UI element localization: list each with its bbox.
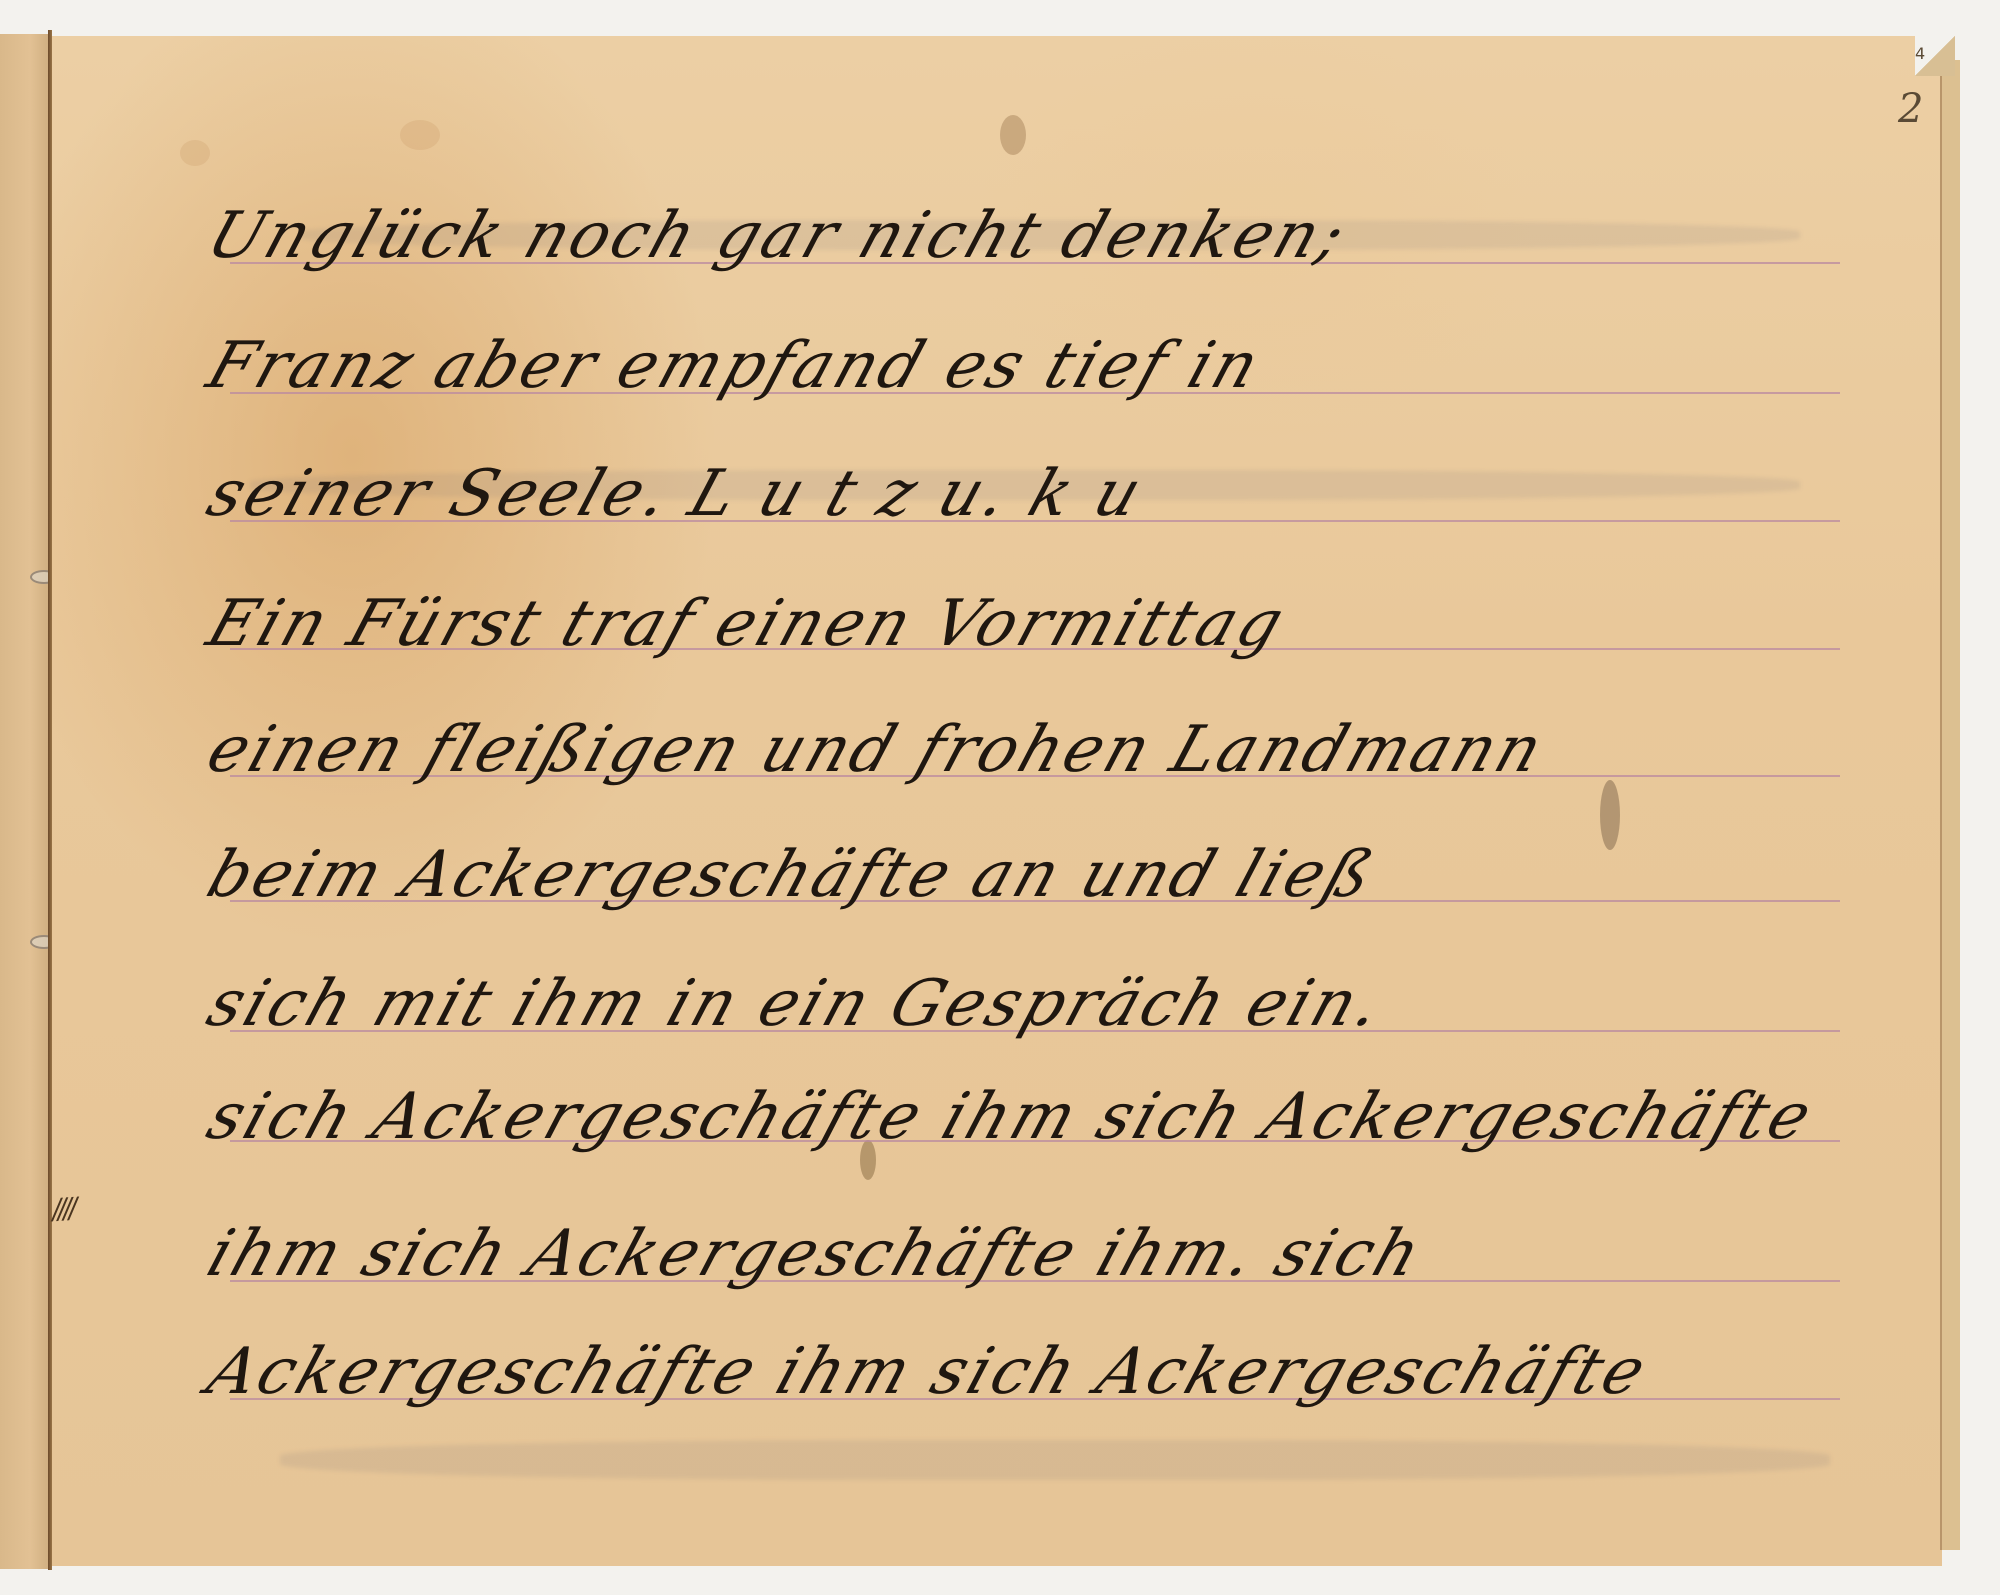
- handwritten-line-9: ihm sich Ackergeschäfte ihm. sich: [200, 1222, 1941, 1286]
- handwritten-line-1: Unglück noch gar nicht denken;: [200, 204, 1941, 268]
- ink-smudge: [1600, 780, 1620, 850]
- handwritten-line-5: einen fleißigen und frohen Landmann: [200, 718, 1941, 782]
- water-spot: [400, 120, 440, 150]
- handwritten-line-6: beim Ackergeschäfte an und ließ: [200, 843, 1941, 907]
- handwritten-line-10: Ackergeschäfte ihm sich Ackergeschäfte: [200, 1340, 1941, 1404]
- corner-mark: 4: [1915, 44, 1925, 63]
- page-number: 2: [1898, 86, 1923, 132]
- water-spot: [180, 140, 210, 166]
- left-page-strip: [0, 34, 50, 1569]
- handwritten-line-7: sich mit ihm in ein Gespräch ein.: [200, 972, 1941, 1036]
- margin-scribble: ////: [51, 1191, 75, 1225]
- book-spine: [48, 30, 52, 1570]
- handwritten-line-4: Ein Fürst traf einen Vormittag: [200, 592, 1941, 656]
- handwritten-line-3: seiner Seele. L u t z u. k u: [200, 462, 1941, 526]
- handwritten-line-2: Franz aber empfand es tief in: [200, 334, 1941, 398]
- show-through-text: [280, 1440, 1830, 1480]
- page-edge: [1940, 60, 1960, 1550]
- handwritten-line-8: sich Ackergeschäfte ihm sich Ackergeschä…: [200, 1085, 1941, 1149]
- ink-stain: [1000, 115, 1026, 155]
